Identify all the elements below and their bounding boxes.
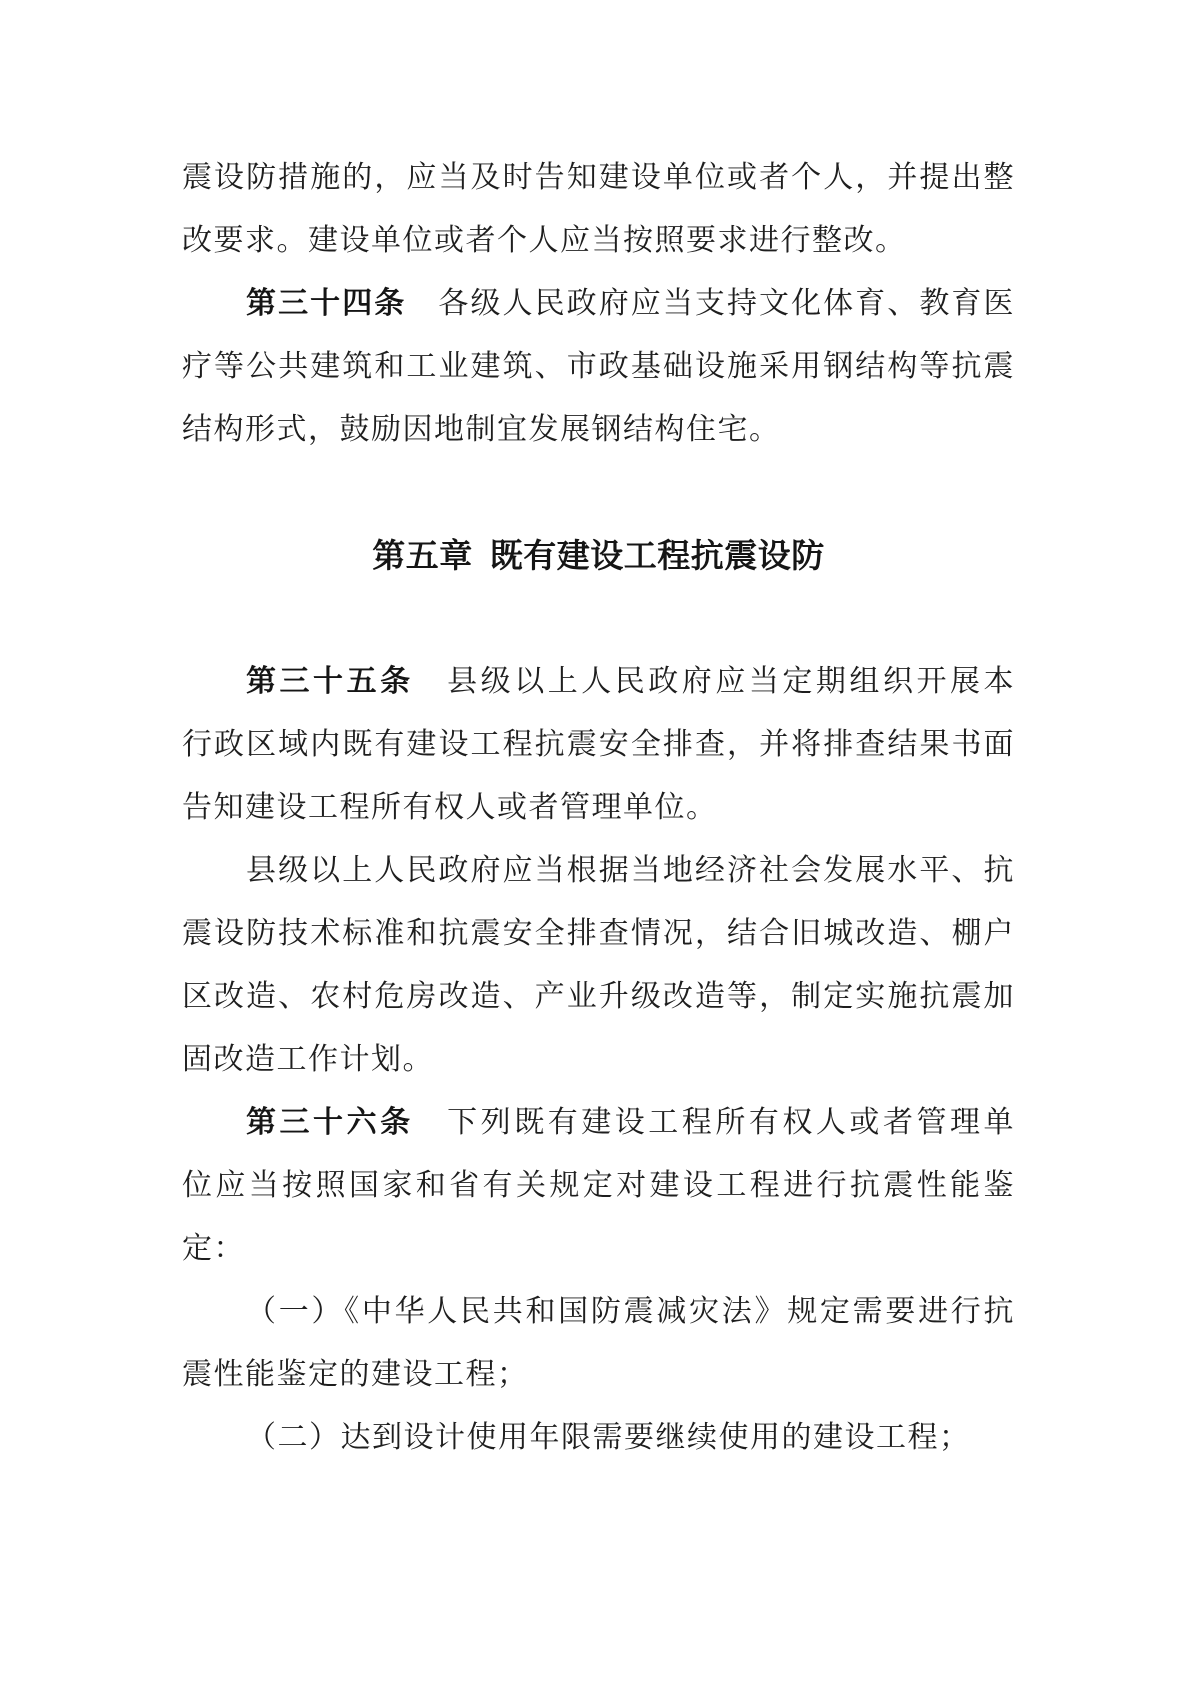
text-line: 结构形式，鼓励因地制宜发展钢结构住宅。: [182, 398, 1015, 461]
article-number: 第三十四条: [246, 287, 406, 320]
text-line: 震性能鉴定的建设工程；: [182, 1343, 1015, 1406]
text-line: 第三十五条 县级以上人民政府应当定期组织开展本: [182, 650, 1015, 713]
article-number: 第三十六条: [246, 1106, 414, 1139]
text-line: 县级以上人民政府应当根据当地经济社会发展水平、抗: [182, 839, 1015, 902]
chapter-number: 第五章: [372, 537, 473, 574]
line-text: 震性能鉴定的建设工程；: [182, 1358, 529, 1391]
blank-line: [182, 587, 1015, 650]
text-line: 第三十六条 下列既有建设工程所有权人或者管理单: [182, 1091, 1015, 1154]
text-line: 固改造工作计划。: [182, 1028, 1015, 1091]
text-line: 疗等公共建筑和工业建筑、市政基础设施采用钢结构等抗震: [182, 335, 1015, 398]
line-text: 行政区域内既有建设工程抗震安全排查，并将排查结果书面: [182, 728, 1015, 761]
line-text: 县级以上人民政府应当定期组织开展本: [414, 665, 1015, 698]
text-line: 震设防措施的，应当及时告知建设单位或者个人，并提出整: [182, 146, 1015, 209]
document-page: 震设防措施的，应当及时告知建设单位或者个人，并提出整改要求。建设单位或者个人应当…: [0, 0, 1200, 1697]
line-text: （一）《中华人民共和国防震减灾法》规定需要进行抗: [246, 1295, 1015, 1328]
line-text: 改要求。建设单位或者个人应当按照要求进行整改。: [182, 224, 907, 257]
line-text: 结构形式，鼓励因地制宜发展钢结构住宅。: [182, 413, 781, 446]
text-column: 震设防措施的，应当及时告知建设单位或者个人，并提出整改要求。建设单位或者个人应当…: [182, 146, 1015, 1469]
text-line: 震设防技术标准和抗震安全排查情况，结合旧城改造、棚户: [182, 902, 1015, 965]
line-text: 疗等公共建筑和工业建筑、市政基础设施采用钢结构等抗震: [182, 350, 1015, 383]
chapter-heading: 第五章既有建设工程抗震设防: [182, 524, 1015, 587]
text-line: 定：: [182, 1217, 1015, 1280]
text-line: 改要求。建设单位或者个人应当按照要求进行整改。: [182, 209, 1015, 272]
text-line: 行政区域内既有建设工程抗震安全排查，并将排查结果书面: [182, 713, 1015, 776]
text-line: 第三十四条 各级人民政府应当支持文化体育、教育医: [182, 272, 1015, 335]
text-line: （一）《中华人民共和国防震减灾法》规定需要进行抗: [182, 1280, 1015, 1343]
chapter-title: 既有建设工程抗震设防: [490, 537, 825, 574]
text-line: （二）达到设计使用年限需要继续使用的建设工程；: [182, 1406, 1015, 1469]
line-text: 区改造、农村危房改造、产业升级改造等，制定实施抗震加: [182, 980, 1015, 1013]
line-text: 下列既有建设工程所有权人或者管理单: [414, 1106, 1015, 1139]
text-line: 告知建设工程所有权人或者管理单位。: [182, 776, 1015, 839]
text-line: 区改造、农村危房改造、产业升级改造等，制定实施抗震加: [182, 965, 1015, 1028]
line-text: （二）达到设计使用年限需要继续使用的建设工程；: [246, 1421, 971, 1454]
line-text: 震设防技术标准和抗震安全排查情况，结合旧城改造、棚户: [182, 917, 1015, 950]
line-text: 各级人民政府应当支持文化体育、教育医: [406, 287, 1015, 320]
line-text: 位应当按照国家和省有关规定对建设工程进行抗震性能鉴: [182, 1169, 1015, 1202]
line-text: 固改造工作计划。: [182, 1043, 434, 1076]
line-text: 县级以上人民政府应当根据当地经济社会发展水平、抗: [246, 854, 1015, 887]
line-text: 定：: [182, 1232, 245, 1265]
line-text: 震设防措施的，应当及时告知建设单位或者个人，并提出整: [182, 161, 1015, 194]
text-line: 位应当按照国家和省有关规定对建设工程进行抗震性能鉴: [182, 1154, 1015, 1217]
line-text: 告知建设工程所有权人或者管理单位。: [182, 791, 718, 824]
article-number: 第三十五条: [246, 665, 414, 698]
blank-line: [182, 461, 1015, 524]
